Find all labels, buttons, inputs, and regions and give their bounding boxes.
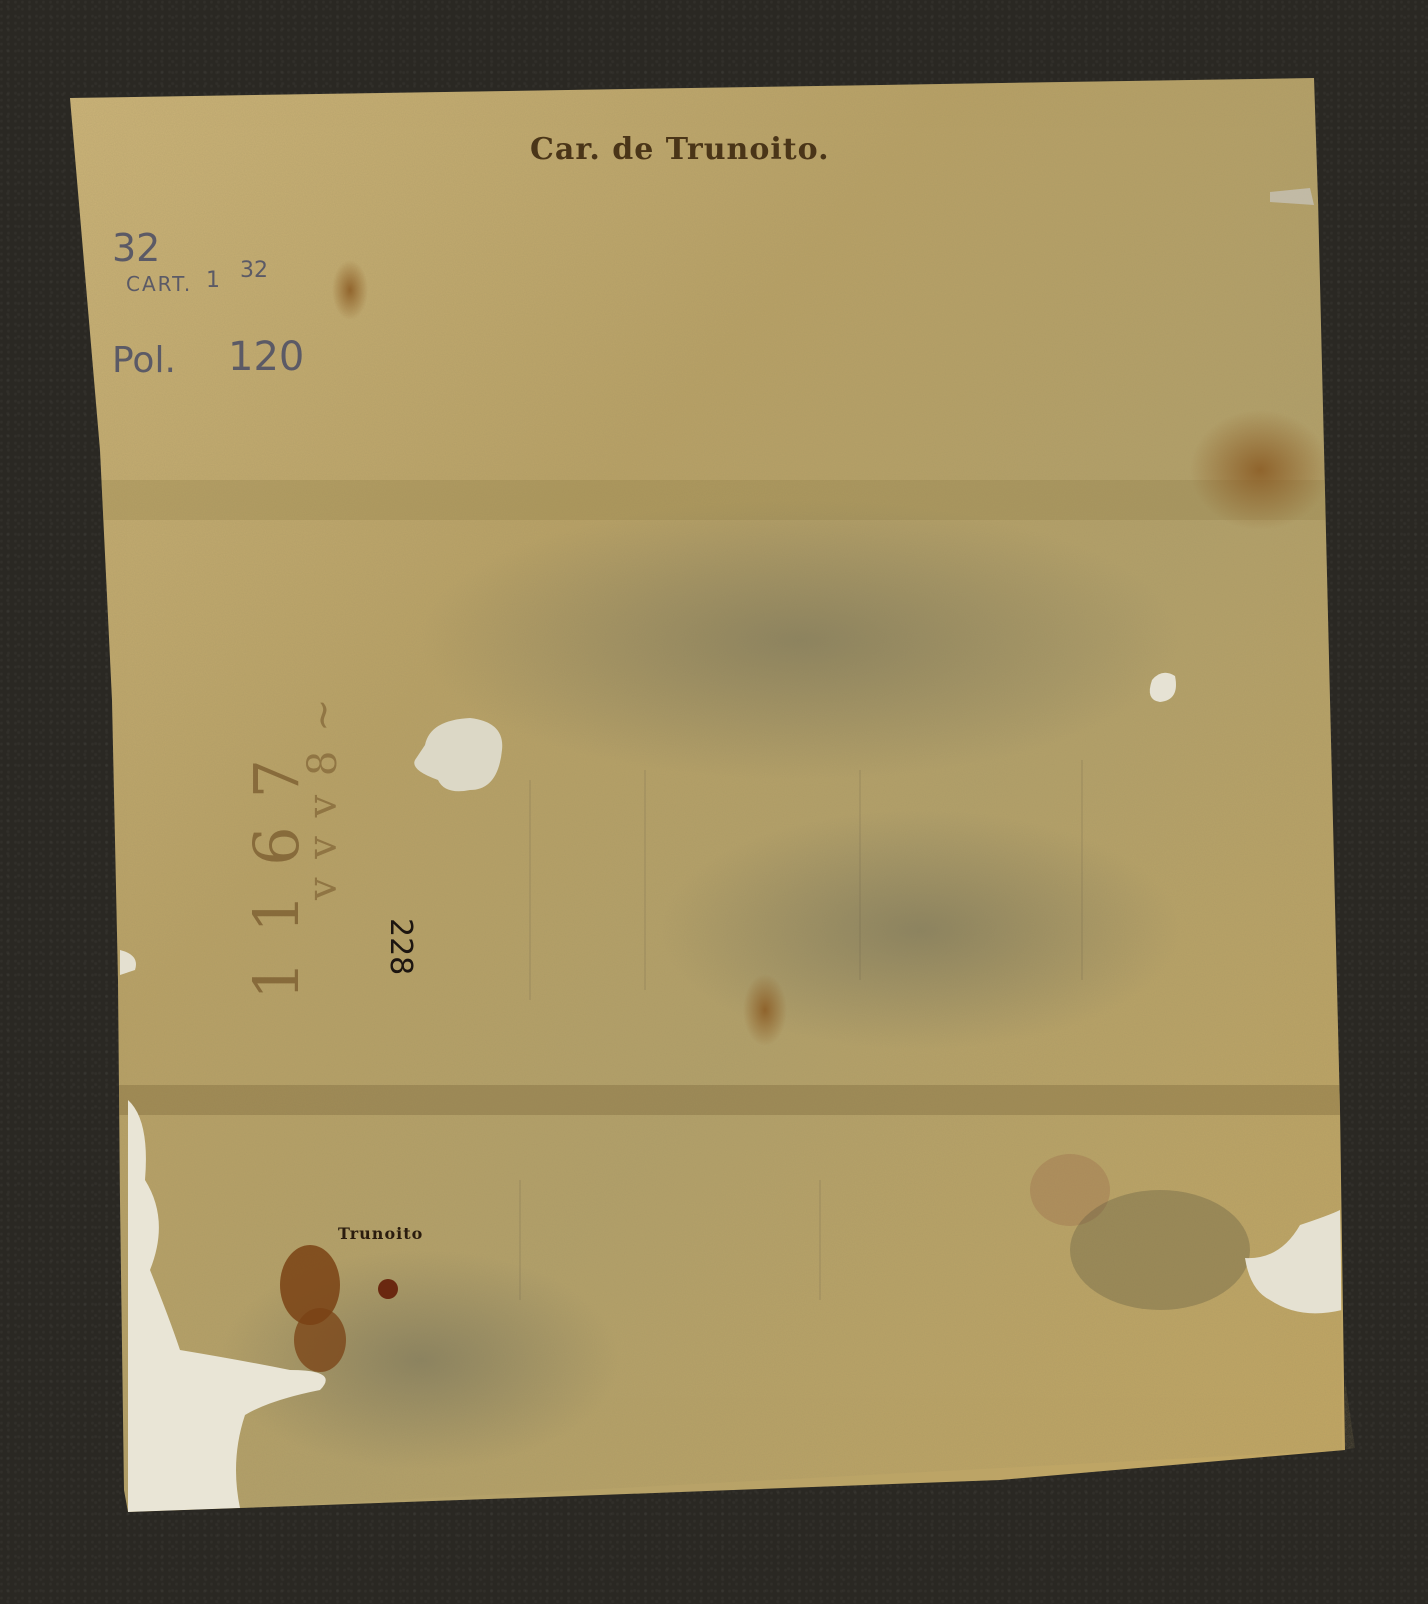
- pencil-number: 32: [112, 226, 160, 270]
- bottom-note: Trunoito: [338, 1224, 423, 1243]
- faint-vertical-note-2: v v v 8 ∼: [300, 695, 346, 900]
- top-title-note: Car. de Trunoito.: [530, 132, 830, 167]
- pencil-fol-label: Pol.: [112, 340, 176, 381]
- parchment-shape: [0, 0, 1428, 1604]
- pencil-fol-number: 120: [228, 334, 304, 380]
- pencil-cart-num1: 1: [206, 268, 220, 293]
- ink-number-rotated: 228: [383, 918, 418, 975]
- pencil-cart-label: CART.: [126, 272, 192, 296]
- parchment-sheet: Car. de Trunoito. 32 CART. 1 32 Pol. 120…: [0, 0, 1428, 1604]
- pencil-cart-num2: 32: [240, 258, 268, 283]
